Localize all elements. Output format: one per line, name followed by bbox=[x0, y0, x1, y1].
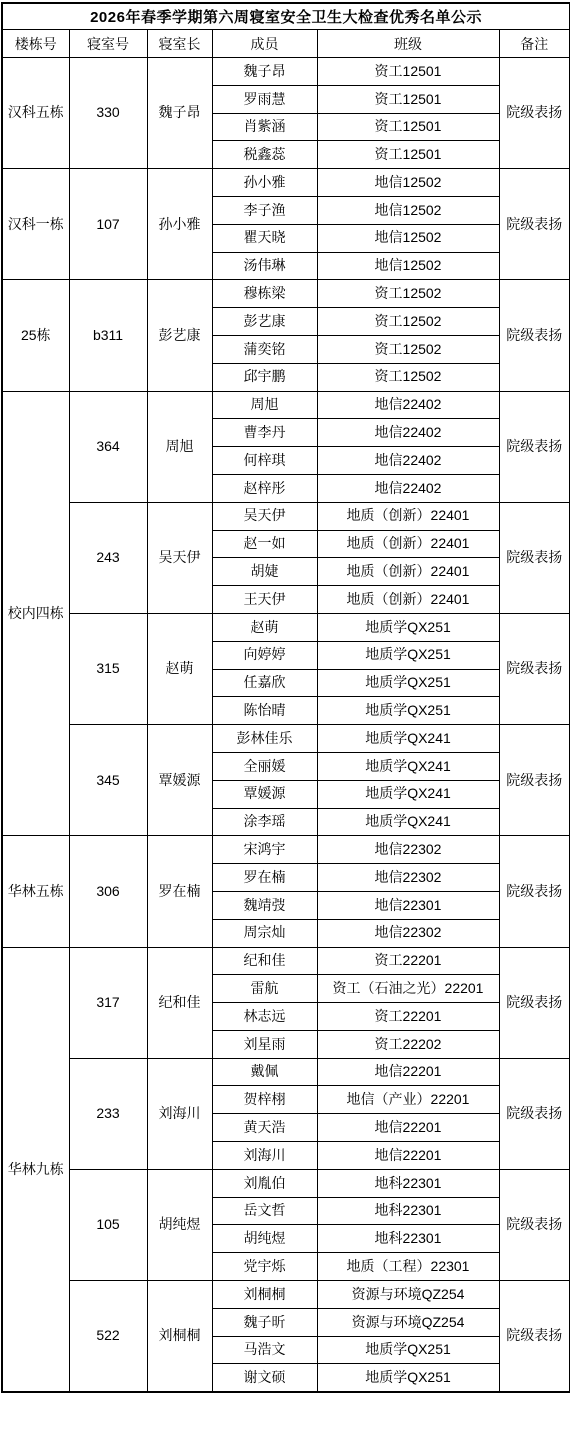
member-class: 地质学QX251 bbox=[317, 641, 499, 669]
member-name-text: 刘星雨 bbox=[244, 1037, 286, 1052]
remark-text: 院级表扬 bbox=[506, 1106, 562, 1121]
member-name-text: 肖紫涵 bbox=[244, 119, 286, 134]
member-row: 25栋b311彭艺康穆栋梁资工12502院级表扬 bbox=[2, 280, 570, 308]
column-header-3: 寝室长 bbox=[147, 30, 212, 58]
room-number: 317 bbox=[69, 947, 147, 1058]
member-name-text: 赵梓彤 bbox=[244, 481, 286, 496]
building-name-text: 25栋 bbox=[21, 327, 51, 343]
room-number-text: 107 bbox=[96, 216, 119, 232]
member-class-text: 地信22302 bbox=[375, 925, 442, 940]
member-class: 地科22301 bbox=[317, 1225, 499, 1253]
remark-text: 院级表扬 bbox=[506, 773, 562, 788]
member-class-text: 地质（创新）22401 bbox=[347, 592, 470, 607]
member-name: 魏子昂 bbox=[212, 58, 317, 86]
member-class: 资工12502 bbox=[317, 308, 499, 336]
building-name: 华林九栋 bbox=[2, 947, 69, 1392]
remark: 院级表扬 bbox=[499, 836, 570, 947]
remark: 院级表扬 bbox=[499, 502, 570, 613]
member-class: 地信22201 bbox=[317, 1114, 499, 1142]
building-name: 华林五栋 bbox=[2, 836, 69, 947]
member-name-text: 汤伟琳 bbox=[244, 258, 286, 273]
member-row: 345覃媛源彭林佳乐地质学QX241院级表扬 bbox=[2, 725, 570, 753]
member-class-text: 地质学QX251 bbox=[365, 647, 451, 662]
member-class: 地质学QX251 bbox=[317, 669, 499, 697]
member-name-text: 向婷婷 bbox=[244, 647, 286, 662]
room-number-text: 317 bbox=[96, 994, 119, 1010]
member-class-text: 资工12501 bbox=[375, 64, 442, 79]
remark: 院级表扬 bbox=[499, 613, 570, 724]
member-class-text: 地质学QX251 bbox=[365, 1342, 451, 1357]
member-class: 地信22402 bbox=[317, 447, 499, 475]
member-name-text: 黄天浩 bbox=[244, 1120, 286, 1135]
member-name: 周宗灿 bbox=[212, 919, 317, 947]
room-leader-text: 胡纯煜 bbox=[159, 1216, 201, 1232]
room-number-text: 233 bbox=[96, 1105, 119, 1121]
room-leader-text: 罗在楠 bbox=[159, 883, 201, 899]
room-leader: 孙小雅 bbox=[147, 169, 212, 280]
member-class: 地质（工程）22301 bbox=[317, 1253, 499, 1281]
member-name-text: 邱宇鹏 bbox=[244, 369, 286, 384]
member-class: 地信22402 bbox=[317, 474, 499, 502]
member-class: 地质学QX251 bbox=[317, 1364, 499, 1392]
member-class-text: 资源与环境QZ254 bbox=[352, 1315, 465, 1330]
member-class-text: 地质学QX241 bbox=[365, 814, 451, 829]
member-name-text: 纪和佳 bbox=[244, 953, 286, 968]
room-leader-text: 彭艺康 bbox=[159, 327, 201, 343]
remark-text: 院级表扬 bbox=[506, 105, 562, 120]
room-leader-text: 刘桐桐 bbox=[159, 1327, 201, 1343]
member-name: 谢文硕 bbox=[212, 1364, 317, 1392]
member-name-text: 罗在楠 bbox=[244, 870, 286, 885]
member-name: 赵萌 bbox=[212, 613, 317, 641]
room-number: 522 bbox=[69, 1281, 147, 1393]
room-number-text: 243 bbox=[96, 549, 119, 565]
member-class: 地科22301 bbox=[317, 1169, 499, 1197]
remark-text: 院级表扬 bbox=[506, 439, 562, 454]
member-name-text: 赵萌 bbox=[251, 620, 279, 635]
room-leader-text: 赵萌 bbox=[166, 660, 194, 676]
member-name: 胡纯煜 bbox=[212, 1225, 317, 1253]
member-class: 地质（创新）22401 bbox=[317, 586, 499, 614]
member-name-text: 覃媛源 bbox=[244, 786, 286, 801]
member-class: 地质（创新）22401 bbox=[317, 502, 499, 530]
room-number: 233 bbox=[69, 1058, 147, 1169]
remark-text: 院级表扬 bbox=[506, 217, 562, 232]
member-name-text: 胡婕 bbox=[251, 564, 279, 579]
member-class: 地信22201 bbox=[317, 1142, 499, 1170]
member-name: 向婷婷 bbox=[212, 641, 317, 669]
member-class: 地质学QX241 bbox=[317, 780, 499, 808]
building-name-text: 汉科一栋 bbox=[8, 216, 64, 232]
member-class: 地信（产业）22201 bbox=[317, 1086, 499, 1114]
member-class-text: 地信22402 bbox=[375, 425, 442, 440]
room-number-text: 330 bbox=[96, 104, 119, 120]
remark: 院级表扬 bbox=[499, 280, 570, 391]
room-leader: 覃媛源 bbox=[147, 725, 212, 836]
member-class-text: 资工12501 bbox=[375, 92, 442, 107]
member-class-text: 地信12502 bbox=[375, 258, 442, 273]
member-class: 资工12501 bbox=[317, 141, 499, 169]
member-class-text: 地信12502 bbox=[375, 175, 442, 190]
room-leader: 赵萌 bbox=[147, 613, 212, 724]
member-class-text: 资工12502 bbox=[375, 342, 442, 357]
member-name-text: 李子渔 bbox=[244, 203, 286, 218]
member-class-text: 资工12502 bbox=[375, 314, 442, 329]
member-name: 李子渔 bbox=[212, 196, 317, 224]
column-header-2: 寝室号 bbox=[69, 30, 147, 58]
remark: 院级表扬 bbox=[499, 1281, 570, 1393]
column-header-5: 班级 bbox=[317, 30, 499, 58]
member-name: 孙小雅 bbox=[212, 169, 317, 197]
member-name: 赵一如 bbox=[212, 530, 317, 558]
member-name: 魏靖弢 bbox=[212, 891, 317, 919]
member-name-text: 蒲奕铭 bbox=[244, 342, 286, 357]
member-row: 522刘桐桐刘桐桐资源与环境QZ254院级表扬 bbox=[2, 1281, 570, 1309]
member-name: 罗雨慧 bbox=[212, 85, 317, 113]
member-class-text: 地质学QX241 bbox=[365, 731, 451, 746]
member-class-text: 地信22402 bbox=[375, 453, 442, 468]
remark: 院级表扬 bbox=[499, 391, 570, 502]
member-name: 王天伊 bbox=[212, 586, 317, 614]
member-name: 岳文哲 bbox=[212, 1197, 317, 1225]
member-name-text: 林志远 bbox=[244, 1009, 286, 1024]
member-name: 曹李丹 bbox=[212, 419, 317, 447]
remark: 院级表扬 bbox=[499, 169, 570, 280]
member-name-text: 周宗灿 bbox=[244, 925, 286, 940]
member-class: 资工12501 bbox=[317, 113, 499, 141]
member-class-text: 地信22301 bbox=[375, 898, 442, 913]
member-class-text: 地信22201 bbox=[375, 1148, 442, 1163]
member-name: 瞿天晓 bbox=[212, 224, 317, 252]
member-name: 纪和佳 bbox=[212, 947, 317, 975]
member-class-text: 地信22201 bbox=[375, 1120, 442, 1135]
room-number: 107 bbox=[69, 169, 147, 280]
member-class-text: 地信22302 bbox=[375, 870, 442, 885]
building-name-text: 华林九栋 bbox=[8, 1161, 64, 1177]
member-class-text: 资工22202 bbox=[375, 1037, 442, 1052]
member-class-text: 地质（创新）22401 bbox=[347, 564, 470, 579]
member-class-text: 地质学QX251 bbox=[365, 620, 451, 635]
member-name-text: 彭艺康 bbox=[244, 314, 286, 329]
member-class-text: 地信22302 bbox=[375, 842, 442, 857]
column-header-4: 成员 bbox=[212, 30, 317, 58]
member-name: 何梓琪 bbox=[212, 447, 317, 475]
member-class: 资工12501 bbox=[317, 58, 499, 86]
room-leader: 罗在楠 bbox=[147, 836, 212, 947]
honor-table: 2026年春季学期第六周寝室安全卫生大检查优秀名单公示 楼栋号寝室号寝室长成员班… bbox=[1, 2, 570, 1393]
member-class-text: 地科22301 bbox=[375, 1231, 442, 1246]
room-leader-text: 吴天伊 bbox=[159, 549, 201, 565]
remark-text: 院级表扬 bbox=[506, 550, 562, 565]
member-name-text: 彭林佳乐 bbox=[237, 731, 293, 746]
room-leader-text: 周旭 bbox=[166, 438, 194, 454]
member-name: 赵梓彤 bbox=[212, 474, 317, 502]
member-name: 汤伟琳 bbox=[212, 252, 317, 280]
member-class-text: 地信12502 bbox=[375, 203, 442, 218]
member-class: 地信22302 bbox=[317, 864, 499, 892]
member-class: 地质学QX241 bbox=[317, 808, 499, 836]
member-class: 资工22201 bbox=[317, 1003, 499, 1031]
member-class: 资源与环境QZ254 bbox=[317, 1281, 499, 1309]
member-name-text: 谢文硕 bbox=[244, 1370, 286, 1385]
member-name-text: 刘胤伯 bbox=[244, 1176, 286, 1191]
member-name-text: 魏靖弢 bbox=[244, 898, 286, 913]
member-class: 地信12502 bbox=[317, 224, 499, 252]
room-leader: 刘桐桐 bbox=[147, 1281, 212, 1393]
member-class: 地信22302 bbox=[317, 836, 499, 864]
member-class-text: 资工22201 bbox=[375, 953, 442, 968]
room-leader: 周旭 bbox=[147, 391, 212, 502]
member-class-text: 地质（创新）22401 bbox=[347, 536, 470, 551]
member-row: 243吴天伊吴天伊地质（创新）22401院级表扬 bbox=[2, 502, 570, 530]
member-name: 全丽媛 bbox=[212, 752, 317, 780]
member-name: 贺梓栩 bbox=[212, 1086, 317, 1114]
member-name-text: 瞿天晓 bbox=[244, 230, 286, 245]
remark: 院级表扬 bbox=[499, 725, 570, 836]
member-class-text: 地质学QX251 bbox=[365, 1370, 451, 1385]
title-row: 2026年春季学期第六周寝室安全卫生大检查优秀名单公示 bbox=[2, 3, 570, 30]
member-name: 胡婕 bbox=[212, 558, 317, 586]
member-name-text: 任嘉欣 bbox=[244, 675, 286, 690]
remark-text: 院级表扬 bbox=[506, 995, 562, 1010]
member-class: 地信22302 bbox=[317, 919, 499, 947]
room-number: 105 bbox=[69, 1169, 147, 1280]
member-class: 地信22402 bbox=[317, 391, 499, 419]
remark-text: 院级表扬 bbox=[506, 661, 562, 676]
member-class-text: 地科22301 bbox=[375, 1176, 442, 1191]
building-name: 校内四栋 bbox=[2, 391, 69, 836]
member-name: 马浩文 bbox=[212, 1336, 317, 1364]
member-name: 林志远 bbox=[212, 1003, 317, 1031]
page-title: 2026年春季学期第六周寝室安全卫生大检查优秀名单公示 bbox=[2, 3, 570, 30]
room-leader-text: 刘海川 bbox=[159, 1105, 201, 1121]
member-name-text: 何梓琪 bbox=[244, 453, 286, 468]
room-number-text: 364 bbox=[96, 438, 119, 454]
member-name: 雷航 bbox=[212, 975, 317, 1003]
member-class: 资工12502 bbox=[317, 280, 499, 308]
member-name: 任嘉欣 bbox=[212, 669, 317, 697]
member-class-text: 地质学QX241 bbox=[365, 786, 451, 801]
member-class: 资工22201 bbox=[317, 947, 499, 975]
room-number-text: 306 bbox=[96, 883, 119, 899]
member-name: 罗在楠 bbox=[212, 864, 317, 892]
room-number: 243 bbox=[69, 502, 147, 613]
member-class-text: 地信12502 bbox=[375, 230, 442, 245]
room-number: b311 bbox=[69, 280, 147, 391]
building-name-text: 校内四栋 bbox=[8, 605, 64, 621]
member-class-text: 地信（产业）22201 bbox=[347, 1092, 470, 1107]
member-name: 穆栋梁 bbox=[212, 280, 317, 308]
room-leader: 刘海川 bbox=[147, 1058, 212, 1169]
member-name: 刘海川 bbox=[212, 1142, 317, 1170]
remark-text: 院级表扬 bbox=[506, 884, 562, 899]
member-class-text: 地质（创新）22401 bbox=[347, 508, 470, 523]
member-class: 地质学QX251 bbox=[317, 1336, 499, 1364]
room-leader: 胡纯煜 bbox=[147, 1169, 212, 1280]
member-class: 地质（创新）22401 bbox=[317, 530, 499, 558]
member-class-text: 资工12501 bbox=[375, 119, 442, 134]
member-name-text: 宋鸿宇 bbox=[244, 842, 286, 857]
member-class-text: 地科22301 bbox=[375, 1203, 442, 1218]
member-class: 地信12502 bbox=[317, 169, 499, 197]
member-name: 刘桐桐 bbox=[212, 1281, 317, 1309]
member-name: 周旭 bbox=[212, 391, 317, 419]
member-class-text: 资工12502 bbox=[375, 286, 442, 301]
member-name-text: 吴天伊 bbox=[244, 508, 286, 523]
member-row: 华林五栋306罗在楠宋鸿宇地信22302院级表扬 bbox=[2, 836, 570, 864]
room-number: 364 bbox=[69, 391, 147, 502]
member-row: 233刘海川戴佩地信22201院级表扬 bbox=[2, 1058, 570, 1086]
member-class: 资工12501 bbox=[317, 85, 499, 113]
member-class-text: 地信22402 bbox=[375, 481, 442, 496]
member-class-text: 地质学QX241 bbox=[365, 759, 451, 774]
column-header-1: 楼栋号 bbox=[2, 30, 69, 58]
member-name: 陈怡晴 bbox=[212, 697, 317, 725]
room-leader: 纪和佳 bbox=[147, 947, 212, 1058]
member-class-text: 资源与环境QZ254 bbox=[352, 1287, 465, 1302]
member-class: 地信12502 bbox=[317, 252, 499, 280]
member-name: 吴天伊 bbox=[212, 502, 317, 530]
remark: 院级表扬 bbox=[499, 58, 570, 169]
member-class: 资工（石油之光）22201 bbox=[317, 975, 499, 1003]
member-class: 资工12502 bbox=[317, 363, 499, 391]
header-row: 楼栋号寝室号寝室长成员班级备注 bbox=[2, 30, 570, 58]
room-leader-text: 纪和佳 bbox=[159, 994, 201, 1010]
member-name: 魏子昕 bbox=[212, 1308, 317, 1336]
member-name-text: 税鑫蕊 bbox=[244, 147, 286, 162]
member-class-text: 地信22201 bbox=[375, 1064, 442, 1079]
remark: 院级表扬 bbox=[499, 1058, 570, 1169]
room-number: 306 bbox=[69, 836, 147, 947]
member-name: 戴佩 bbox=[212, 1058, 317, 1086]
member-name: 邱宇鹏 bbox=[212, 363, 317, 391]
room-number-text: 345 bbox=[96, 772, 119, 788]
member-class: 资工12502 bbox=[317, 335, 499, 363]
room-number-text: 315 bbox=[96, 660, 119, 676]
member-name: 蒲奕铭 bbox=[212, 335, 317, 363]
room-leader-text: 覃媛源 bbox=[159, 772, 201, 788]
member-name: 黄天浩 bbox=[212, 1114, 317, 1142]
member-name-text: 刘海川 bbox=[244, 1148, 286, 1163]
building-name-text: 汉科五栋 bbox=[8, 104, 64, 120]
member-name: 税鑫蕊 bbox=[212, 141, 317, 169]
member-class: 地质学QX251 bbox=[317, 697, 499, 725]
remark-text: 院级表扬 bbox=[506, 328, 562, 343]
member-class-text: 地信22402 bbox=[375, 397, 442, 412]
table-body: 汉科五栋330魏子昂魏子昂资工12501院级表扬罗雨慧资工12501肖紫涵资工1… bbox=[2, 58, 570, 1393]
member-name: 刘星雨 bbox=[212, 1030, 317, 1058]
room-leader: 魏子昂 bbox=[147, 58, 212, 169]
member-name-text: 赵一如 bbox=[244, 536, 286, 551]
room-number-text: 105 bbox=[96, 1216, 119, 1232]
member-class-text: 资工22201 bbox=[375, 1009, 442, 1024]
member-name-text: 魏子昂 bbox=[244, 64, 286, 79]
member-class-text: 地质学QX251 bbox=[365, 703, 451, 718]
member-row: 汉科五栋330魏子昂魏子昂资工12501院级表扬 bbox=[2, 58, 570, 86]
member-row: 汉科一栋107孙小雅孙小雅地信12502院级表扬 bbox=[2, 169, 570, 197]
member-name-text: 雷航 bbox=[251, 981, 279, 996]
member-name-text: 罗雨慧 bbox=[244, 92, 286, 107]
member-row: 105胡纯煜刘胤伯地科22301院级表扬 bbox=[2, 1169, 570, 1197]
member-class-text: 地质学QX251 bbox=[365, 675, 451, 690]
room-number: 315 bbox=[69, 613, 147, 724]
column-header-6: 备注 bbox=[499, 30, 570, 58]
room-number: 345 bbox=[69, 725, 147, 836]
member-class: 地质（创新）22401 bbox=[317, 558, 499, 586]
member-name-text: 王天伊 bbox=[244, 592, 286, 607]
building-name: 汉科五栋 bbox=[2, 58, 69, 169]
member-class: 地质学QX251 bbox=[317, 613, 499, 641]
member-name-text: 岳文哲 bbox=[244, 1203, 286, 1218]
member-name: 宋鸿宇 bbox=[212, 836, 317, 864]
remark-text: 院级表扬 bbox=[506, 1217, 562, 1232]
member-name-text: 穆栋梁 bbox=[244, 286, 286, 301]
member-class-text: 地质（工程）22301 bbox=[347, 1259, 470, 1274]
member-name: 刘胤伯 bbox=[212, 1169, 317, 1197]
member-name: 党宇烁 bbox=[212, 1253, 317, 1281]
member-name: 覃媛源 bbox=[212, 780, 317, 808]
member-class: 地信22402 bbox=[317, 419, 499, 447]
member-name-text: 马浩文 bbox=[244, 1342, 286, 1357]
room-leader-text: 孙小雅 bbox=[159, 216, 201, 232]
member-name-text: 曹李丹 bbox=[244, 425, 286, 440]
member-name: 彭艺康 bbox=[212, 308, 317, 336]
room-number: 330 bbox=[69, 58, 147, 169]
member-row: 华林九栋317纪和佳纪和佳资工22201院级表扬 bbox=[2, 947, 570, 975]
member-name: 彭林佳乐 bbox=[212, 725, 317, 753]
member-name-text: 周旭 bbox=[251, 397, 279, 412]
member-name: 肖紫涵 bbox=[212, 113, 317, 141]
member-name-text: 全丽媛 bbox=[244, 759, 286, 774]
member-class: 地科22301 bbox=[317, 1197, 499, 1225]
member-name-text: 戴佩 bbox=[251, 1064, 279, 1079]
member-class: 地信12502 bbox=[317, 196, 499, 224]
remark-text: 院级表扬 bbox=[506, 1328, 562, 1343]
member-name: 涂李瑶 bbox=[212, 808, 317, 836]
room-leader: 吴天伊 bbox=[147, 502, 212, 613]
member-class-text: 资工12502 bbox=[375, 369, 442, 384]
member-class: 资工22202 bbox=[317, 1030, 499, 1058]
remark: 院级表扬 bbox=[499, 947, 570, 1058]
announcement-sheet: 2026年春季学期第六周寝室安全卫生大检查优秀名单公示 楼栋号寝室号寝室长成员班… bbox=[0, 0, 570, 1451]
member-name-text: 刘桐桐 bbox=[244, 1287, 286, 1302]
member-class: 地质学QX241 bbox=[317, 752, 499, 780]
member-class: 地质学QX241 bbox=[317, 725, 499, 753]
member-class-text: 资工（石油之光）22201 bbox=[333, 981, 484, 996]
member-name-text: 陈怡晴 bbox=[244, 703, 286, 718]
remark: 院级表扬 bbox=[499, 1169, 570, 1280]
member-name-text: 魏子昕 bbox=[244, 1315, 286, 1330]
room-leader-text: 魏子昂 bbox=[159, 104, 201, 120]
member-class: 资源与环境QZ254 bbox=[317, 1308, 499, 1336]
building-name-text: 华林五栋 bbox=[8, 883, 64, 899]
room-leader: 彭艺康 bbox=[147, 280, 212, 391]
member-name-text: 党宇烁 bbox=[244, 1259, 286, 1274]
member-name-text: 孙小雅 bbox=[244, 175, 286, 190]
member-class-text: 资工12501 bbox=[375, 147, 442, 162]
member-row: 315赵萌赵萌地质学QX251院级表扬 bbox=[2, 613, 570, 641]
building-name: 25栋 bbox=[2, 280, 69, 391]
member-row: 校内四栋364周旭周旭地信22402院级表扬 bbox=[2, 391, 570, 419]
member-name-text: 涂李瑶 bbox=[244, 814, 286, 829]
building-name: 汉科一栋 bbox=[2, 169, 69, 280]
member-name-text: 胡纯煜 bbox=[244, 1231, 286, 1246]
member-class: 地信22301 bbox=[317, 891, 499, 919]
member-class: 地信22201 bbox=[317, 1058, 499, 1086]
room-number-text: b311 bbox=[93, 327, 123, 343]
member-name-text: 贺梓栩 bbox=[244, 1092, 286, 1107]
room-number-text: 522 bbox=[96, 1327, 119, 1343]
